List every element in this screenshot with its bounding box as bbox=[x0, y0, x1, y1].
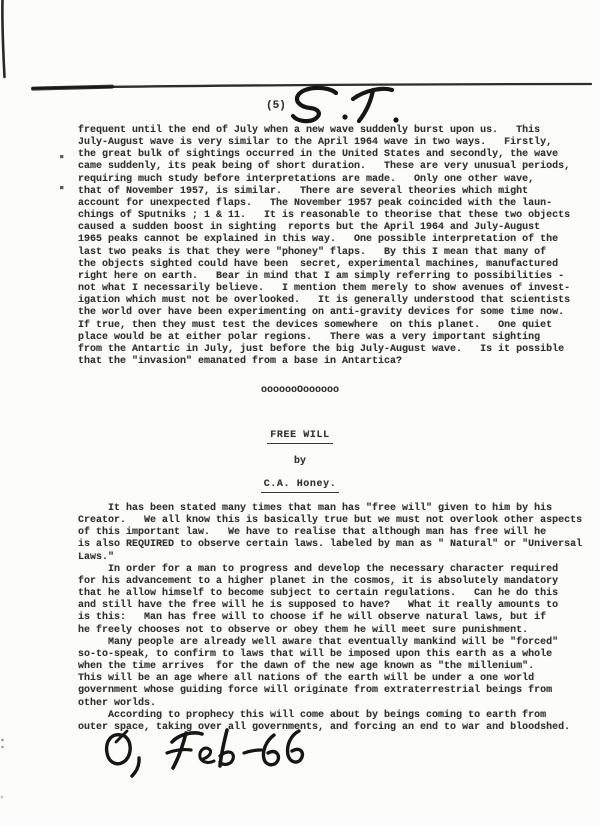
handwritten-initials bbox=[293, 88, 399, 123]
ink-speck bbox=[1, 746, 4, 749]
scan-overlay bbox=[0, 0, 600, 826]
ink-speck bbox=[1, 739, 4, 742]
ink-speck bbox=[60, 186, 63, 189]
scanned-document-page: (5) frequent until the end of July when … bbox=[0, 0, 600, 826]
handwritten-date bbox=[107, 730, 303, 776]
ink-speck bbox=[1, 796, 4, 799]
ink-speck bbox=[60, 155, 63, 158]
